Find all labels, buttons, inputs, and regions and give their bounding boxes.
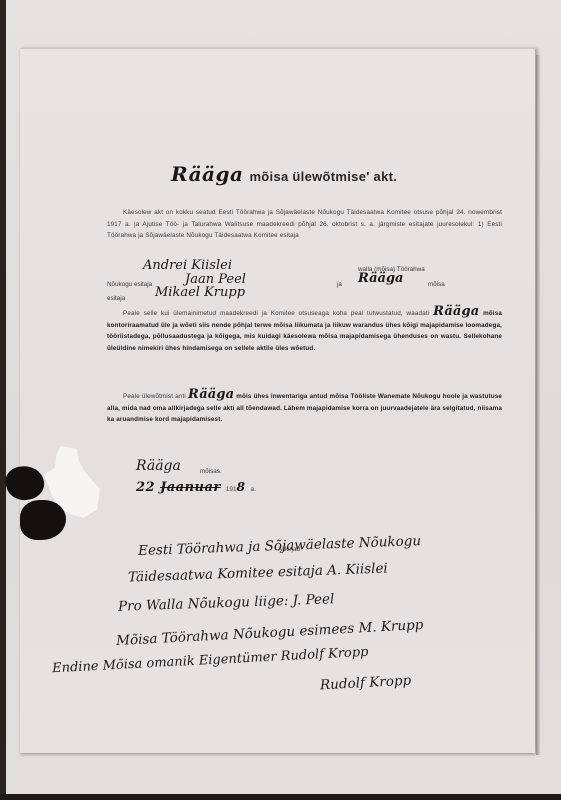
date-month: Jaanuar — [160, 480, 221, 495]
title-estate-name: Rääga — [171, 162, 243, 186]
paragraph-2-estate: Rääga — [433, 304, 479, 319]
place-suffix: mõisas. — [200, 468, 222, 475]
paragraph-3-estate: Rääga — [188, 387, 234, 402]
handwritten-estate-name: Rääga — [358, 271, 403, 286]
place-estate-handwritten: Rääga — [136, 458, 181, 474]
date-day: 22 — [136, 480, 155, 495]
date-year-abbr: a. — [251, 486, 256, 493]
paragraph-2: Peale selle kui ülemainimetud maadekreed… — [107, 306, 502, 354]
handwritten-representative-1: Andrei Kiislei — [143, 258, 232, 273]
signature-line-3: Pro Walla Nõukogu liige: J. Peel — [118, 591, 335, 615]
signature-line-6: Rudolf Kropp — [320, 673, 412, 694]
line2-and: ja — [337, 281, 342, 288]
paragraph-3-start: Peale ülewõtmist anti — [123, 393, 186, 400]
line2-suffix: mõisa — [428, 281, 445, 288]
date-year-prefix: 191 — [226, 486, 237, 493]
signature-line-1: Eesti Töörahwa ja Sõjawäelaste Nõukogu — [138, 533, 422, 559]
line3-prefix: esitaja — [107, 295, 125, 302]
line2-prefix: Nõukogu esitaja — [107, 281, 152, 288]
date-line: 22 Jaanuar 1918 a. — [136, 480, 256, 495]
document-title: Rääga mõisa ülewõtmise' akt. — [171, 162, 397, 186]
document-content: Rääga mõisa ülewõtmise' akt. Käesolew ak… — [0, 0, 561, 800]
handwritten-representative-3: Mikael Krupp — [155, 285, 245, 300]
date-year-suffix: 8 — [237, 480, 246, 494]
paragraph-2-start: Peale selle kui ülemainimetud maadekreed… — [123, 310, 429, 317]
signature-line-5: Endine Mõisa omanik Eigentümer Rudolf Kr… — [52, 645, 369, 677]
paragraph-3: Peale ülewõtmist anti Rääga mõis ühes in… — [107, 389, 502, 426]
signature-line-2: Täidesaatwa Komitee esitaja A. Kiislei — [128, 560, 388, 585]
title-text: mõisa ülewõtmise' akt. — [249, 169, 397, 184]
signature-line-4: Mõisa Töörahwa Nõukogu esimees M. Krupp — [116, 617, 424, 649]
intro-paragraph: Käesolew akt on kokku seatud Eesti Tööra… — [107, 207, 502, 242]
